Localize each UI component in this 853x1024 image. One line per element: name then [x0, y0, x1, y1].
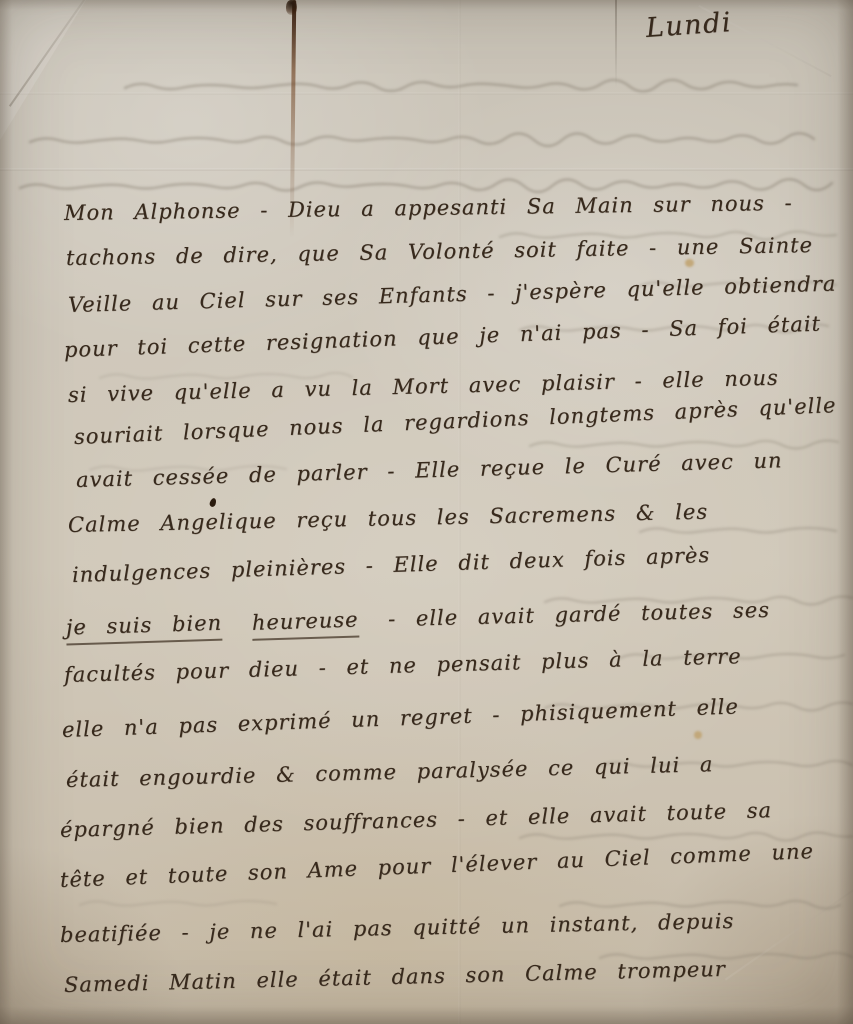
underlined-phrase: je suis bien	[66, 610, 223, 646]
bleedthrough-line	[80, 901, 276, 906]
horizontal-fold-crease	[0, 92, 853, 95]
fold-stain-blob	[286, 0, 297, 15]
foxing-spot	[694, 731, 702, 739]
bleedthrough-line	[560, 901, 840, 909]
underlined-phrase: heureuse	[251, 606, 359, 640]
vertical-crease	[615, 0, 617, 88]
horizontal-fold-crease	[0, 168, 853, 171]
date-heading: Lundi	[645, 10, 733, 42]
foxing-spot	[685, 259, 694, 267]
bleedthrough-line	[30, 133, 814, 146]
bleedthrough-line	[530, 441, 838, 449]
bleedthrough-line	[125, 80, 797, 92]
letter-photo: Lundi Mon Alphonse - Dieu a appesanti Sa…	[0, 0, 853, 1024]
bleedthrough-line	[640, 528, 836, 533]
